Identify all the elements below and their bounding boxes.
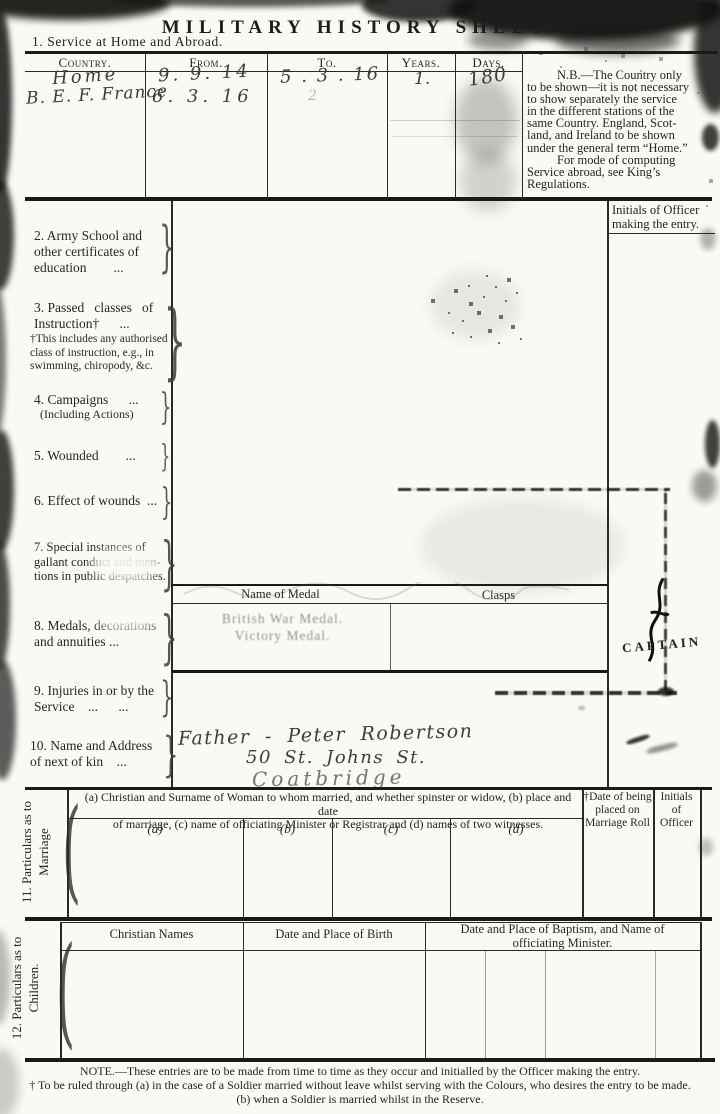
brace-glyph: }	[160, 387, 171, 429]
marriage-bottom-rule	[25, 917, 712, 921]
item-4-label: 4. Campaigns ...	[34, 392, 174, 408]
marriage-divider	[243, 818, 244, 917]
marriage-initials-header: Initials of Officer	[654, 791, 699, 830]
marriage-divider	[450, 818, 451, 917]
table-divider	[455, 54, 456, 197]
item-10-label: 10. Name and Address of next of kin ...	[30, 738, 180, 770]
medal-column-divider	[390, 603, 391, 670]
item-6-label: 6. Effect of wounds ...	[34, 493, 179, 509]
scan-stain	[0, 430, 14, 550]
ink-dot	[578, 706, 585, 710]
marriage-col-d: (d)	[450, 821, 582, 837]
ink-streak	[646, 741, 679, 755]
officer-header-underline	[607, 233, 715, 234]
marriage-roll-header: †Date of being placed on Marriage Roll	[583, 791, 652, 830]
nb-note-paragraph-1: N.B.—The Country only to be shown—it is …	[527, 69, 720, 154]
brace-glyph: }	[160, 674, 173, 722]
scan-stain	[705, 420, 720, 468]
brace-glyph: }	[163, 292, 186, 389]
item-5-label: 5. Wounded ...	[34, 448, 174, 464]
brace-glyph: }	[160, 439, 170, 475]
children-faint-divider	[655, 950, 656, 1058]
table-divider	[267, 54, 268, 197]
scan-smudge	[420, 498, 625, 593]
marriage-divider	[332, 818, 333, 917]
item-2-label: 2. Army School and other certificates of…	[34, 228, 166, 276]
entry-from-2: 6. 3. 16	[152, 86, 253, 107]
children-col3-header: Date and Place of Baptism, and Name of o…	[425, 923, 700, 950]
marriage-header-underline	[67, 818, 582, 819]
ink-spatter	[0, 0, 2, 2]
signature-scribble-mark	[636, 573, 677, 676]
ink-bleed-line	[495, 691, 677, 695]
ink-streak	[626, 733, 650, 745]
officer-column-divider	[607, 201, 609, 787]
item-3-footnote: †This includes any authorised class of i…	[30, 333, 172, 374]
marriage-row-label: 11. Particulars as to Marriage	[18, 787, 62, 917]
military-history-sheet-scan: MILITARY HISTORY SHEET. 1. Service at Ho…	[0, 0, 720, 1114]
entry-to-1: 5 . 3 . 16	[280, 63, 381, 87]
entry-years-1: 1.	[414, 69, 430, 89]
footer-note-2: † To be ruled through (a) in the case of…	[0, 1078, 720, 1093]
entry-to-2-faint: 2	[308, 88, 317, 104]
item-4-sub: (Including Actions)	[40, 407, 134, 422]
ghost-scribble-mark	[182, 582, 572, 600]
item-9-label: 9. Injuries in or by the Service ... ...	[34, 683, 179, 715]
scan-smudge	[430, 270, 520, 340]
item-3-label: 3. Passed classes of Instruction† ...	[34, 300, 166, 332]
scan-smudge	[460, 150, 516, 212]
children-col2-header: Date and Place of Birth	[243, 927, 425, 942]
ink-bleed-line	[398, 488, 670, 491]
marriage-col-b: (b)	[243, 821, 332, 837]
brace-glyph: }	[159, 216, 174, 280]
scan-stain	[700, 228, 716, 250]
medal-entries-stamp: British War Medal. Victory Medal.	[185, 610, 380, 644]
table-divider	[145, 54, 146, 197]
scan-stain	[0, 660, 16, 780]
footer-note-3: (b) when a Soldier is married whilst in …	[0, 1092, 720, 1107]
children-divider	[243, 922, 244, 1058]
children-right-edge	[700, 922, 702, 1058]
medal-table-bottom	[171, 670, 608, 673]
children-row-label: 12. Particulars as to Children.	[8, 922, 52, 1054]
children-bottom-rule	[25, 1058, 715, 1062]
section1-label: 1. Service at Home and Abroad.	[30, 34, 229, 52]
print-fade	[96, 613, 162, 631]
faint-row-line	[392, 136, 518, 137]
entry-from-1: 9. 9. 14	[158, 61, 252, 87]
scan-stain	[692, 470, 717, 502]
table-bottom-rule	[25, 197, 712, 201]
children-faint-divider	[485, 950, 486, 1058]
marriage-left-edge	[67, 790, 69, 917]
captain-stamp: CAPTAIN	[621, 634, 701, 657]
scan-stain	[0, 280, 6, 440]
brace-glyph: }	[163, 727, 178, 782]
next-of-kin-line1: Father - Peter Robertson	[178, 720, 474, 750]
faint-row-line	[390, 120, 520, 121]
children-divider	[425, 922, 426, 1058]
marriage-right-edge	[700, 790, 702, 917]
table-divider	[387, 54, 388, 197]
print-fade	[92, 548, 162, 582]
children-col1-header: Christian Names	[60, 927, 243, 942]
ink-bleed-blob	[658, 687, 674, 696]
children-left-edge	[60, 922, 62, 1058]
brace-glyph: }	[161, 482, 172, 524]
officer-column-header: Initials of Officer making the entry.	[612, 203, 716, 231]
children-header-underline	[60, 950, 701, 951]
marriage-col-c: (c)	[332, 821, 450, 837]
brace-glyph: }	[161, 604, 178, 671]
table-top-rule	[25, 51, 718, 54]
nb-note-paragraph-2: For mode of computing Service abroad, se…	[527, 154, 720, 190]
scan-stain	[0, 540, 10, 670]
entry-country-2: B. E. F. France	[26, 81, 169, 108]
table-divider	[522, 54, 523, 197]
footer-note-1: NOTE.—These entries are to be made from …	[0, 1064, 720, 1079]
marriage-col-a: (a)	[67, 821, 243, 837]
children-faint-divider	[545, 950, 546, 1058]
scan-stain	[0, 180, 14, 290]
